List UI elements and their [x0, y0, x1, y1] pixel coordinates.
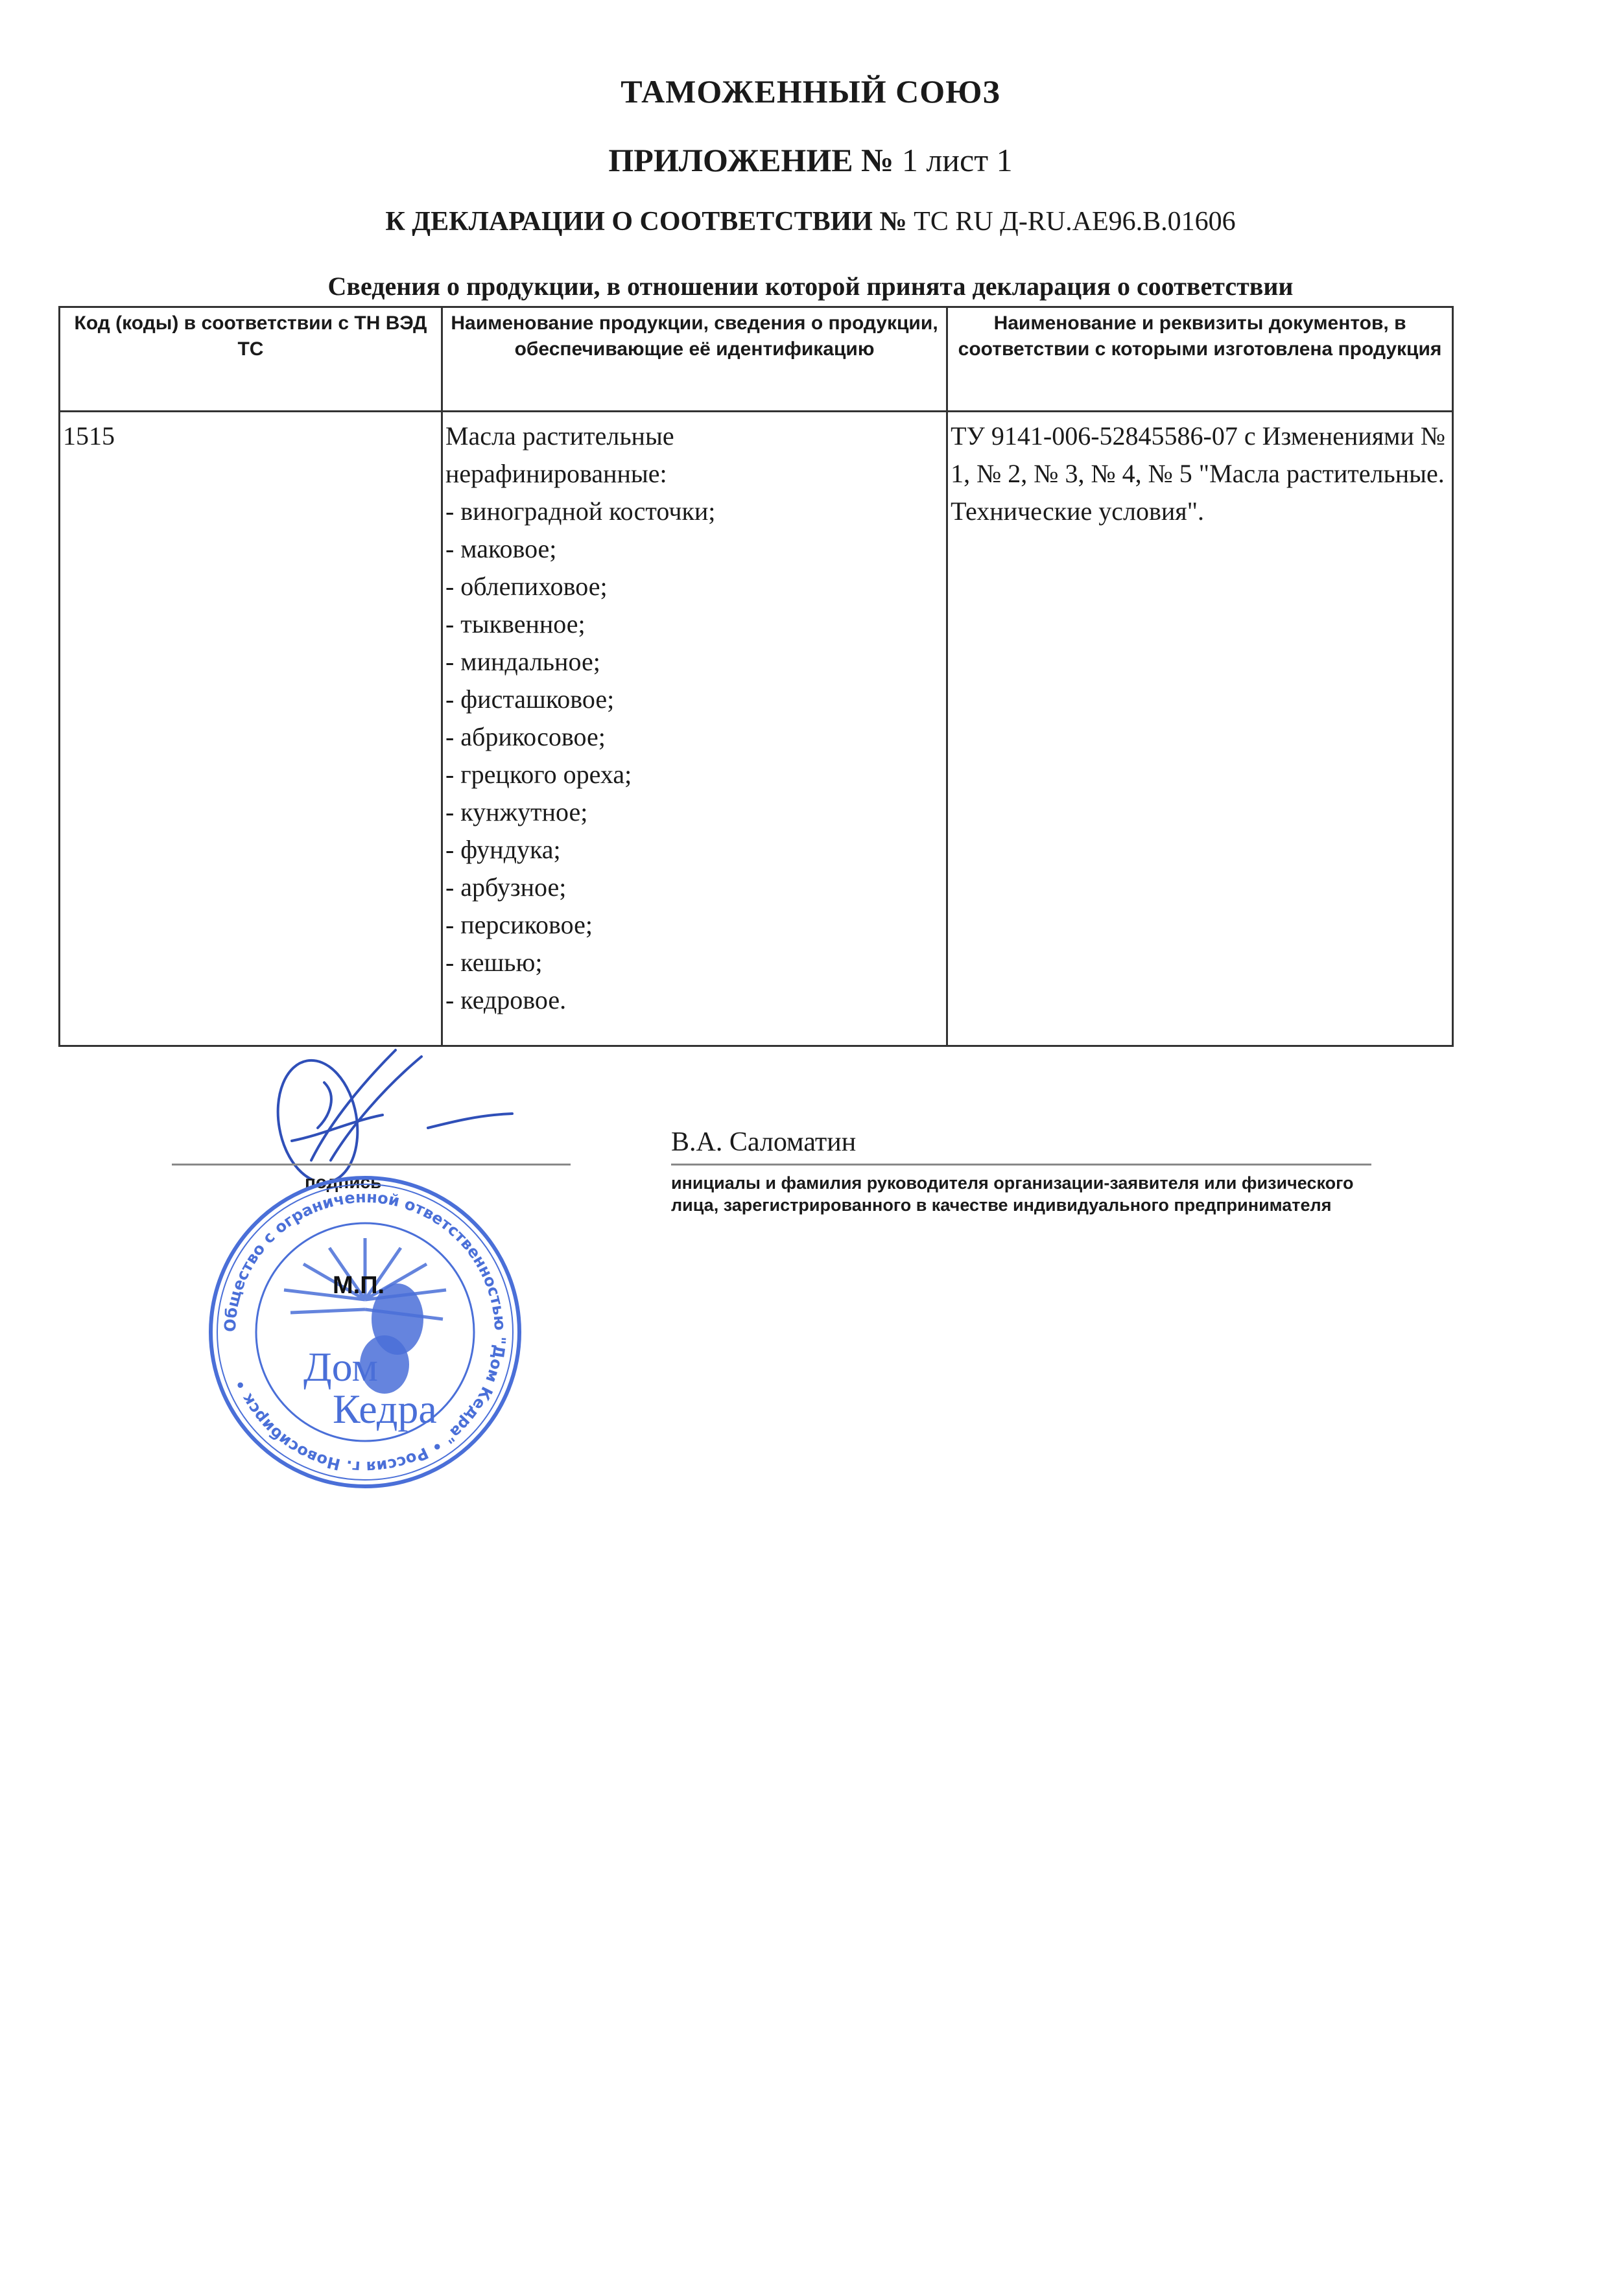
appendix-label: ПРИЛОЖЕНИЕ №	[608, 142, 893, 178]
list-item: - тыквенное;	[445, 605, 943, 643]
cell-code: 1515	[60, 412, 442, 1046]
list-item: - маковое;	[445, 530, 943, 568]
product-heading-1: Масла растительные	[445, 417, 943, 455]
signature-icon	[233, 1044, 597, 1180]
signature-line	[172, 1164, 571, 1166]
list-item: - миндальное;	[445, 643, 943, 681]
seal-name-line-1: Дом	[303, 1344, 378, 1390]
seal-place-label: М.П.	[333, 1272, 385, 1299]
name-caption: инициалы и фамилия руководителя организа…	[671, 1172, 1384, 1216]
list-item: - кешью;	[445, 944, 943, 981]
seal-ring-text: Общество с ограниченной ответственностью…	[221, 1188, 510, 1476]
column-header-code: Код (коды) в соответствии с ТН ВЭД ТС	[60, 307, 442, 412]
product-heading-2: нерафинированные:	[445, 455, 943, 493]
section-title: Сведения о продукции, в отношении которо…	[0, 271, 1621, 301]
table-row: 1515 Масла растительные нерафинированные…	[60, 412, 1453, 1046]
list-item: - персиковое;	[445, 906, 943, 944]
product-list: - виноградной косточки; - маковое; - обл…	[445, 493, 943, 1019]
list-item: - облепиховое;	[445, 568, 943, 605]
signer-name: В.А. Саломатин	[671, 1127, 856, 1158]
appendix-sheet: 1 лист 1	[893, 142, 1012, 178]
declaration-number: ТС RU Д-RU.АЕ96.В.01606	[907, 207, 1236, 237]
column-header-product: Наименование продукции, сведения о проду…	[442, 307, 947, 412]
list-item: - грецкого ореха;	[445, 756, 943, 793]
cell-documents: ТУ 9141-006-52845586-07 с Изменениями № …	[947, 412, 1453, 1046]
union-title: ТАМОЖЕННЫЙ СОЮЗ	[0, 73, 1621, 110]
list-item: - виноградной косточки;	[445, 493, 943, 530]
seal-name-line-2: Кедра	[333, 1386, 437, 1432]
svg-text:Общество с ограниченной ответс: Общество с ограниченной ответственностью…	[221, 1188, 510, 1476]
table-header-row: Код (коды) в соответствии с ТН ВЭД ТС На…	[60, 307, 1453, 412]
list-item: - фисташковое;	[445, 681, 943, 718]
products-table: Код (коды) в соответствии с ТН ВЭД ТС На…	[58, 306, 1454, 1047]
list-item: - кедровое.	[445, 981, 943, 1019]
column-header-documents: Наименование и реквизиты документов, в с…	[947, 307, 1453, 412]
company-seal-icon: Общество с ограниченной ответственностью…	[206, 1173, 524, 1491]
list-item: - арбузное;	[445, 869, 943, 906]
list-item: - абрикосовое;	[445, 718, 943, 756]
declaration-title: К ДЕКЛАРАЦИИ О СООТВЕТСТВИИ № ТС RU Д-RU…	[0, 206, 1621, 237]
name-line	[671, 1164, 1371, 1166]
appendix-title: ПРИЛОЖЕНИЕ № 1 лист 1	[0, 141, 1621, 179]
cell-product: Масла растительные нерафинированные: - в…	[442, 412, 947, 1046]
list-item: - кунжутное;	[445, 793, 943, 831]
list-item: - фундука;	[445, 831, 943, 869]
declaration-label: К ДЕКЛАРАЦИИ О СООТВЕТСТВИИ №	[385, 207, 906, 237]
